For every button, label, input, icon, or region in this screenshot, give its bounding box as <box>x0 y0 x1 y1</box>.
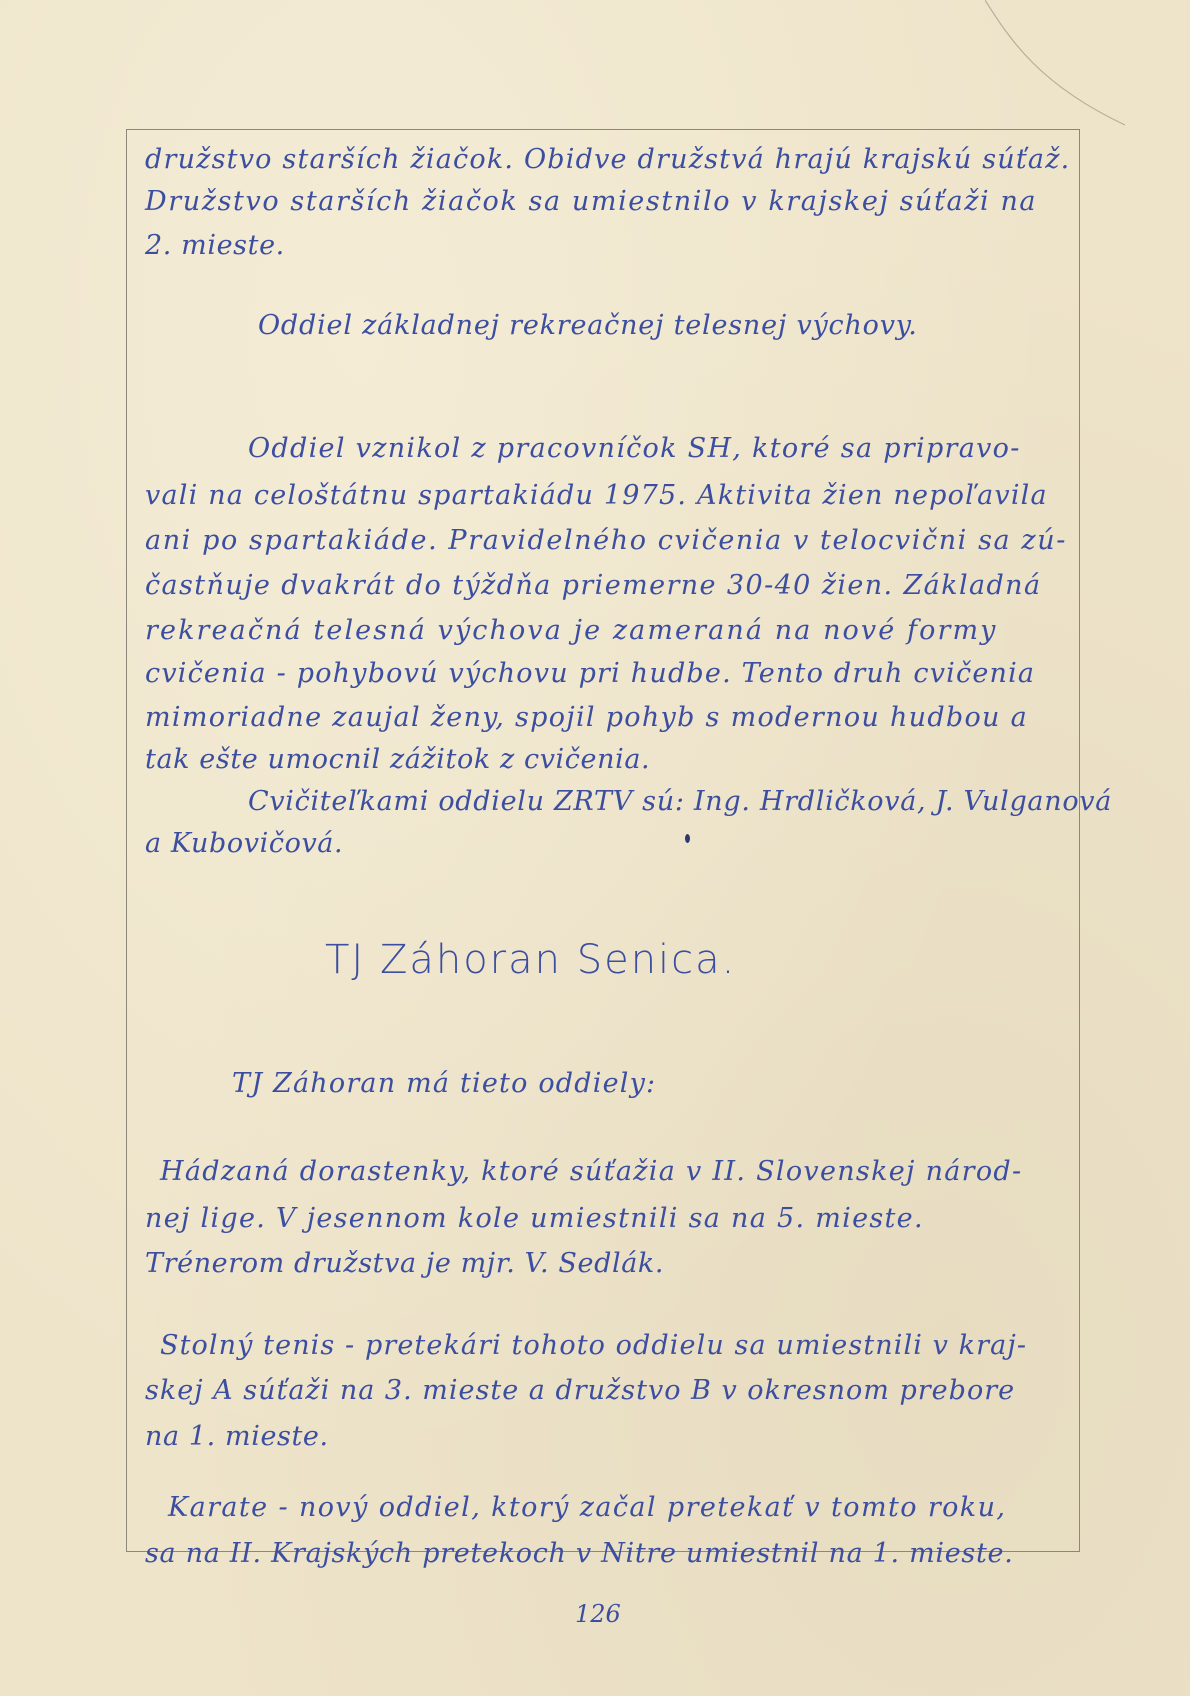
page-number: 126 <box>575 1600 621 1628</box>
text-line: Oddiel vznikol z pracovníčok SH, ktoré s… <box>248 435 1021 462</box>
text-line: cvičenia - pohybovú výchovu pri hudbe. T… <box>145 660 1035 687</box>
text-line: Družstvo starších žiačok sa umiestnilo v… <box>145 188 1037 215</box>
text-line: na 1. mieste. <box>145 1423 329 1450</box>
text-line: tak ešte umocnil zážitok z cvičenia. <box>145 746 650 773</box>
text-line: sa na II. Krajských pretekoch v Nitre um… <box>145 1540 1013 1567</box>
text-line: častňuje dvakrát do týždňa priemerne 30-… <box>145 572 1041 599</box>
text-line: Stolný tenis - pretekári tohoto oddielu … <box>160 1332 1027 1359</box>
text-line: nej lige. V jesennom kole umiestnili sa … <box>145 1205 924 1232</box>
instructors-line: Cvičiteľkami oddielu ZRTV sú: Ing. Hrdli… <box>248 788 1112 815</box>
text-line: vali na celoštátnu spartakiádu 1975. Akt… <box>145 482 1048 509</box>
text-line: družstvo starších žiačok. Obidve družstv… <box>145 146 1070 173</box>
text-line: Hádzaná dorastenky, ktoré súťažia v II. … <box>160 1158 1022 1185</box>
text-line: skej A súťaži na 3. mieste a družstvo B … <box>145 1377 1015 1404</box>
section-intro: TJ Záhoran má tieto oddiely: <box>232 1070 656 1097</box>
section-heading: Oddiel základnej rekreačnej telesnej výc… <box>258 312 918 339</box>
instructors-line: a Kubovičová. <box>145 830 343 857</box>
ink-blot <box>685 834 690 843</box>
text-line: rekreačná telesná výchova je zameraná na… <box>145 617 998 644</box>
text-line: ani po spartakiáde. Pravidelného cvičeni… <box>145 527 1067 554</box>
club-title: TJ Záhoran Senica. <box>325 940 736 980</box>
text-line: mimoriadne zaujal ženy, spojil pohyb s m… <box>145 704 1028 731</box>
text-line: 2. mieste. <box>145 232 285 259</box>
text-line: Karate - nový oddiel, ktorý začal pretek… <box>168 1494 1006 1521</box>
text-line: Trénerom družstva je mjr. V. Sedlák. <box>145 1250 664 1277</box>
